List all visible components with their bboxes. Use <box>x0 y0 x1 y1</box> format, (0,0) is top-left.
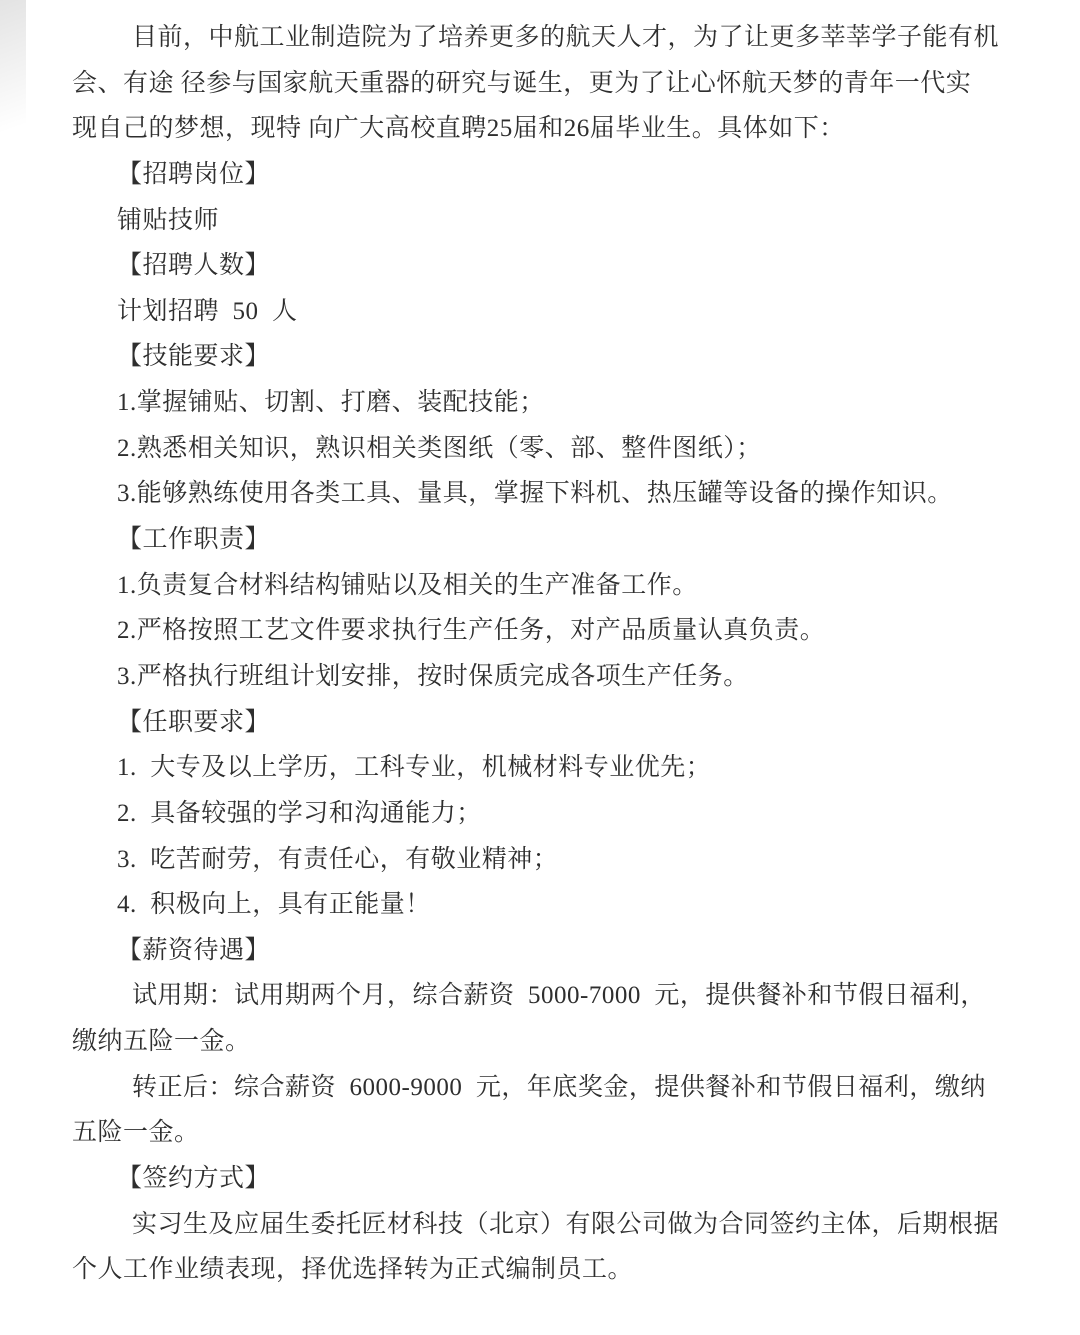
list-item: 1.掌握铺贴、切割、打磨、装配技能； <box>72 380 1012 426</box>
section-heading: 【招聘人数】 <box>72 243 1012 289</box>
paragraph-line: 缴纳五险一金。 <box>72 1019 1012 1065</box>
section-heading: 【招聘岗位】 <box>72 152 1012 198</box>
list-item: 2.熟悉相关知识，熟识相关类图纸（零、部、整件图纸）； <box>72 426 1012 472</box>
list-item: 3.严格执行班组计划安排，按时保质完成各项生产任务。 <box>72 654 1012 700</box>
list-item: 1.负责复合材料结构铺贴以及相关的生产准备工作。 <box>72 563 1012 609</box>
paragraph-line: 试用期：试用期两个月，综合薪资 5000-7000 元，提供餐补和节假日福利， <box>72 973 1012 1019</box>
paragraph-line: 转正后：综合薪资 6000-9000 元，年底奖金，提供餐补和节假日福利，缴纳 <box>72 1065 1012 1111</box>
list-item: 3.能够熟练使用各类工具、量具，掌握下料机、热压罐等设备的操作知识。 <box>72 471 1012 517</box>
body-line: 计划招聘 50 人 <box>72 289 1012 335</box>
section-heading: 【薪资待遇】 <box>72 928 1012 974</box>
paragraph-line: 个人工作业绩表现，择优选择转为正式编制员工。 <box>72 1247 1012 1293</box>
section-heading: 【工作职责】 <box>72 517 1012 563</box>
section-heading: 【签约方式】 <box>72 1156 1012 1202</box>
intro-paragraph-line: 会、有途 径参与国家航天重器的研究与诞生，更为了让心怀航天梦的青年一代实 <box>72 61 1012 107</box>
document-page: 目前，中航工业制造院为了培养更多的航天人才，为了让更多莘莘学子能有机会、有途 径… <box>0 0 1080 1335</box>
list-item: 3. 吃苦耐劳，有责任心，有敬业精神； <box>72 837 1012 883</box>
section-heading: 【技能要求】 <box>72 334 1012 380</box>
section-heading: 【任职要求】 <box>72 700 1012 746</box>
list-item: 2.严格按照工艺文件要求执行生产任务，对产品质量认真负责。 <box>72 608 1012 654</box>
document-content: 目前，中航工业制造院为了培养更多的航天人才，为了让更多莘莘学子能有机会、有途 径… <box>72 15 1012 1293</box>
intro-paragraph-line: 现自己的梦想，现特 向广大高校直聘25届和26届毕业生。具体如下： <box>72 106 1012 152</box>
body-line: 铺贴技师 <box>72 198 1012 244</box>
list-item: 1. 大专及以上学历，工科专业，机械材料专业优先； <box>72 745 1012 791</box>
list-item: 2. 具备较强的学习和沟通能力； <box>72 791 1012 837</box>
scan-shadow-edge <box>0 0 26 170</box>
list-item: 4. 积极向上，具有正能量！ <box>72 882 1012 928</box>
paragraph-line: 实习生及应届生委托匠材科技（北京）有限公司做为合同签约主体，后期根据 <box>72 1202 1012 1248</box>
paragraph-line: 五险一金。 <box>72 1110 1012 1156</box>
intro-paragraph-line: 目前，中航工业制造院为了培养更多的航天人才，为了让更多莘莘学子能有机 <box>72 15 1012 61</box>
